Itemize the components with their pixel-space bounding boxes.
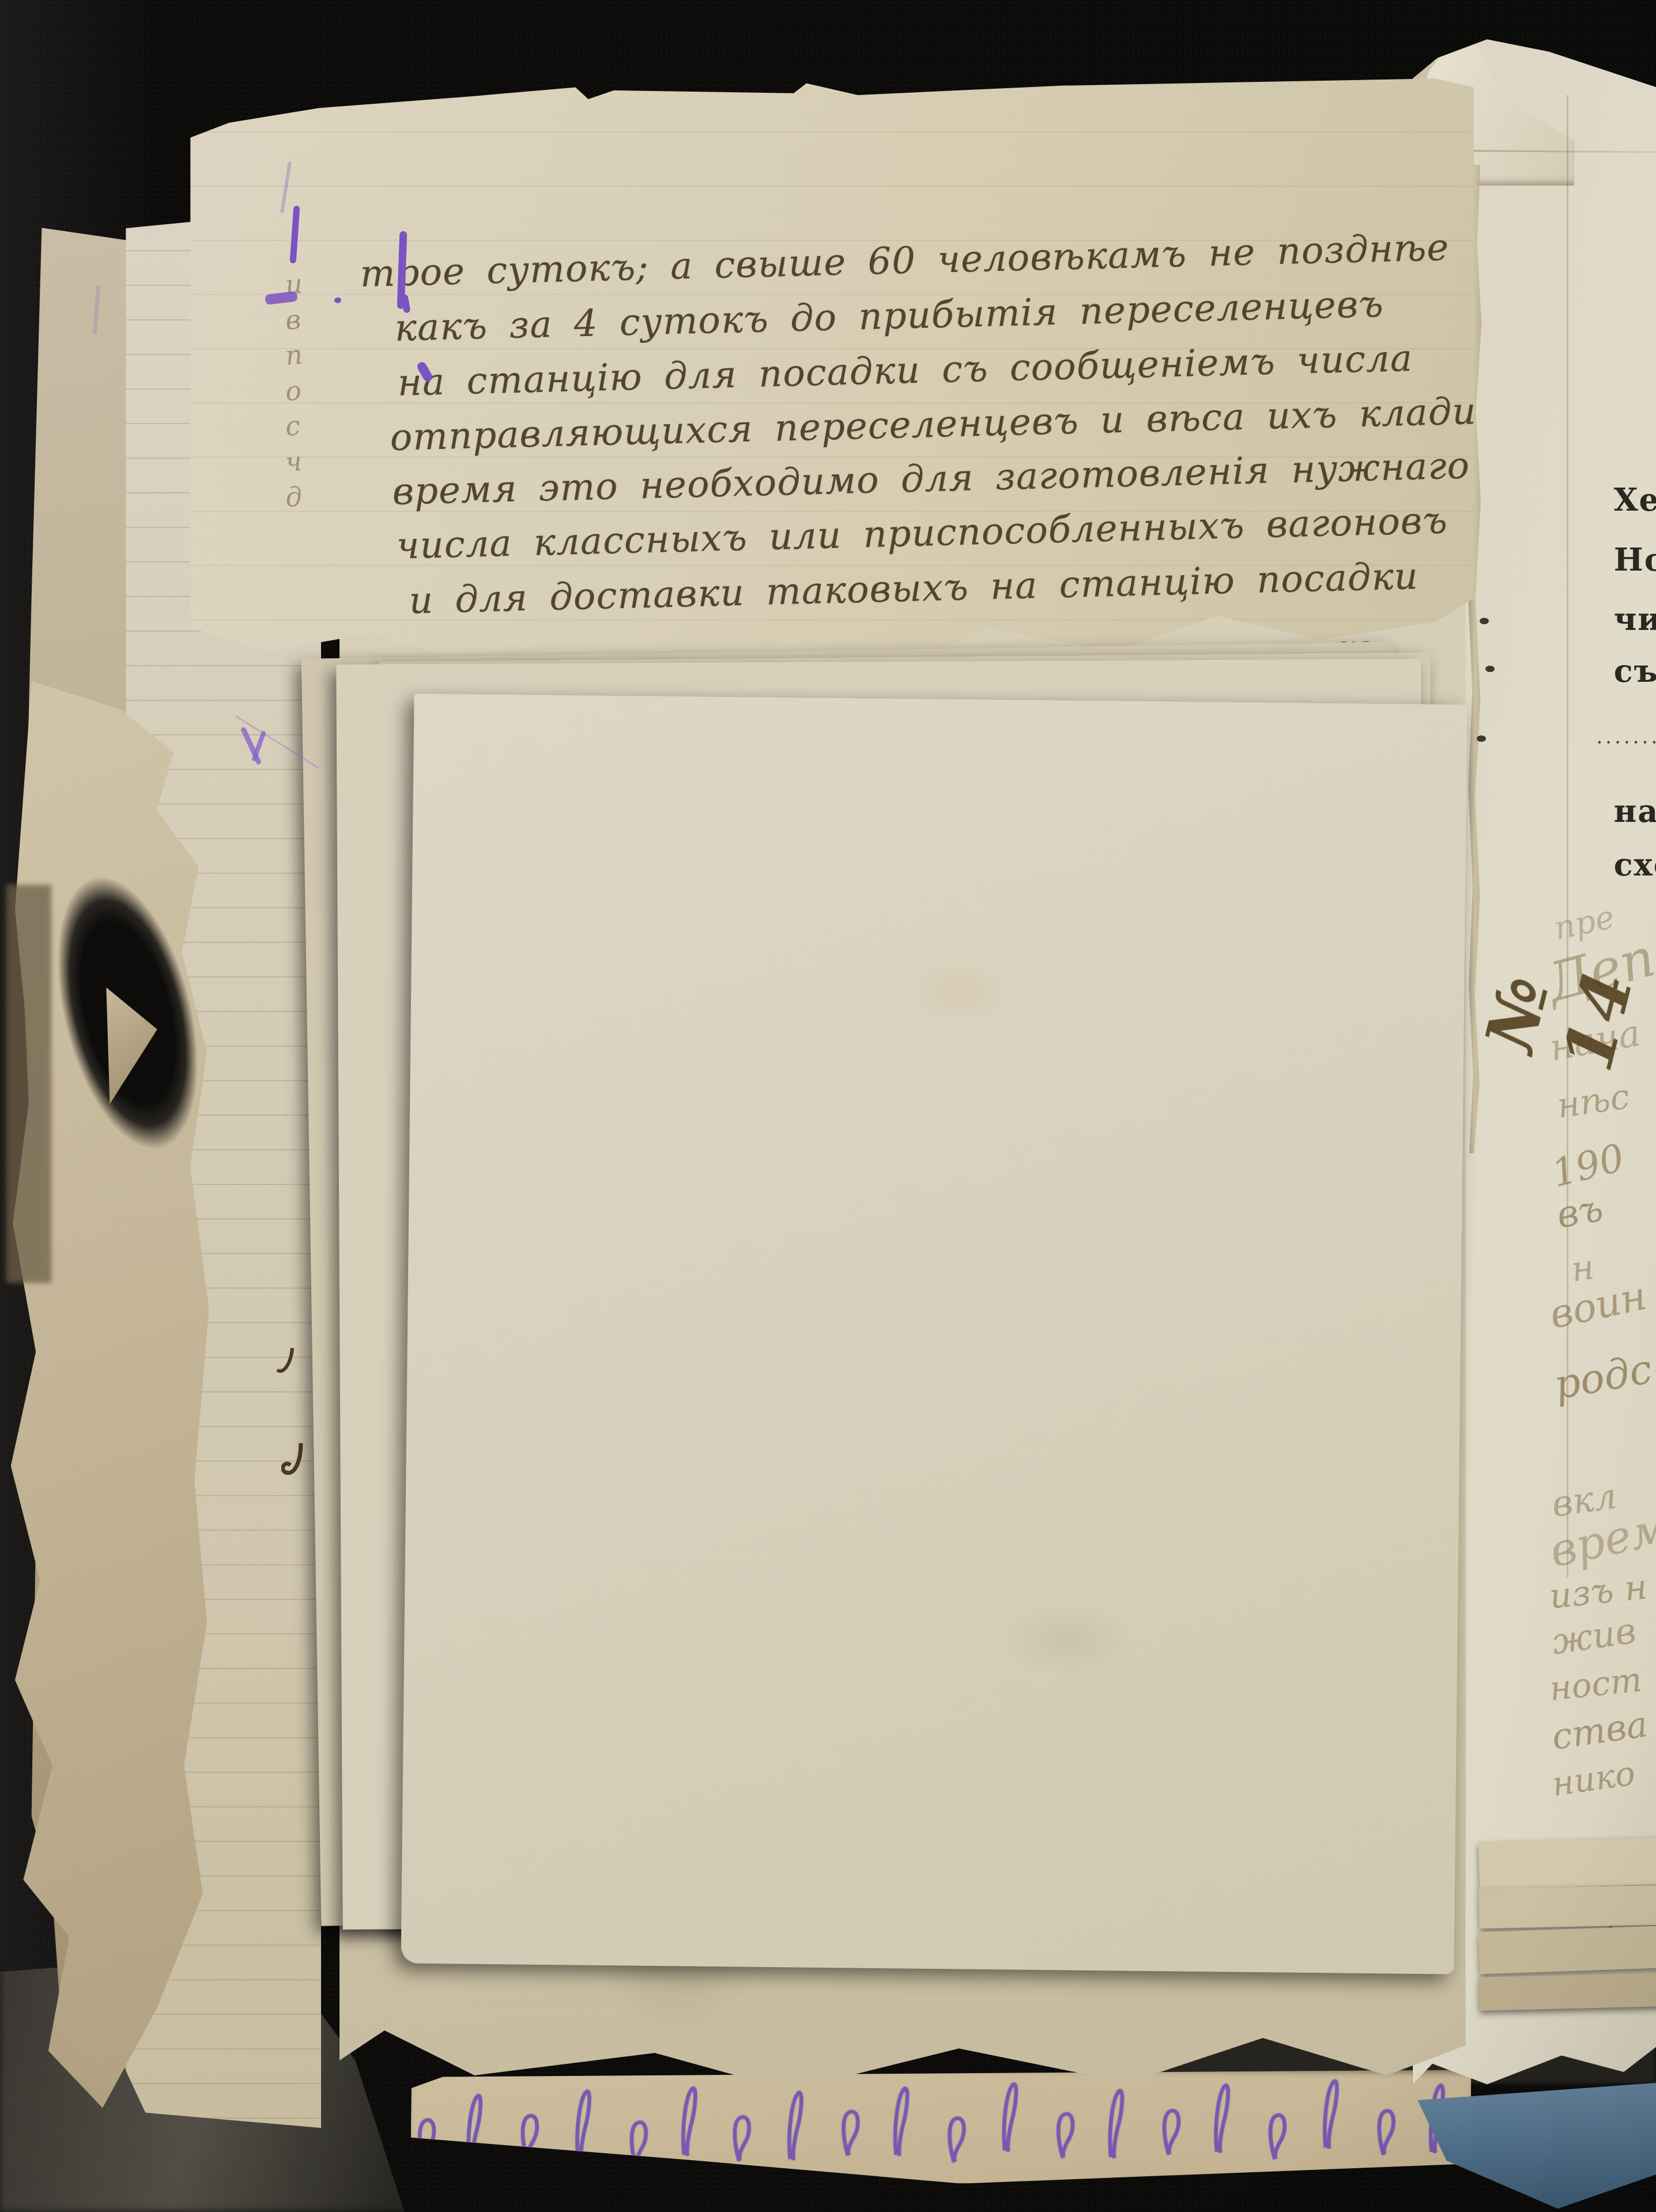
margin-letter-fragment: в xyxy=(284,304,302,336)
handwritten-fragment: въ xyxy=(1553,1187,1606,1237)
handwritten-line: какъ за 4 сутокъ до прибытія переселенце… xyxy=(394,286,1384,347)
printed-fragment: на xyxy=(1614,795,1656,826)
crumple-shadow xyxy=(6,885,51,1283)
blue-paper-sheet xyxy=(1417,2082,1656,2209)
sheet-edge-strip xyxy=(1478,1838,1656,1889)
handwritten-line: отправляющихся переселенцевъ и вѣса ихъ … xyxy=(390,392,1490,456)
ink-hook-icon xyxy=(275,1347,299,1384)
sheet-edge-strip xyxy=(1478,1973,1656,2010)
page-number-mark: № 14 xyxy=(1469,862,1656,1079)
handwritten-fragment: нѣс xyxy=(1554,1077,1632,1127)
handwritten-fragment: жив xyxy=(1549,1609,1639,1663)
handwritten-line: числа классныхъ или приспособленныхъ ваг… xyxy=(396,502,1448,565)
wormhole xyxy=(1485,666,1495,672)
blank-sheet-front xyxy=(401,693,1467,1974)
purple-ink-squiggles-icon xyxy=(410,2069,1471,2180)
margin-letter-fragment: п xyxy=(284,339,304,371)
margin-letter-fragment: ч xyxy=(284,445,303,477)
printed-divider-dots: ······················· xyxy=(1597,731,1656,754)
printed-fragment: Нов xyxy=(1614,544,1656,575)
printed-fragment: сход xyxy=(1614,849,1656,880)
margin-letter-fragment: с xyxy=(284,410,301,442)
purple-pencil-faint-stroke xyxy=(280,161,292,213)
printed-fragment: съ xyxy=(1614,655,1656,686)
handwritten-line: время это необходимо для заготовленія ну… xyxy=(392,447,1470,511)
ink-hook-icon xyxy=(281,1442,308,1482)
handwritten-page: трое сутокъ; а свыше 60 человѣкамъ не по… xyxy=(190,78,1474,669)
wormhole xyxy=(1477,735,1486,742)
wormhole xyxy=(1480,618,1489,624)
handwritten-line: трое сутокъ; а свыше 60 человѣкамъ не по… xyxy=(360,229,1450,292)
archive-photo: Хер Нов чис съ ······················· н… xyxy=(0,0,1656,2212)
margin-letter-fragment: д xyxy=(284,481,304,513)
printed-fragment: Хер xyxy=(1614,484,1656,515)
printed-fragment: чис xyxy=(1614,603,1656,635)
handwritten-fragment: воин xyxy=(1545,1274,1650,1338)
purple-pencil-smear xyxy=(265,291,298,305)
crease-line-vertical xyxy=(1567,95,1568,1578)
margin-letter-fragment: о xyxy=(284,375,303,407)
sheet-edge-strip xyxy=(1478,1885,1656,1929)
handwritten-fragment: нико xyxy=(1549,1753,1638,1804)
handwritten-fragment: ност xyxy=(1548,1659,1644,1708)
purple-pencil-dot xyxy=(334,297,341,303)
sheet-edge-strip xyxy=(1478,1926,1656,1974)
purple-pencil-stroke xyxy=(290,205,300,263)
purple-ink-fragment-strip xyxy=(410,2062,1471,2187)
handwritten-fragment: 190 xyxy=(1548,1135,1629,1195)
handwritten-line: и для доставки таковыхъ на станцію посад… xyxy=(409,558,1419,620)
handwritten-fragment: ства xyxy=(1549,1703,1650,1758)
handwritten-line: на станцію для посадки съ сообщеніемъ чи… xyxy=(397,340,1413,402)
